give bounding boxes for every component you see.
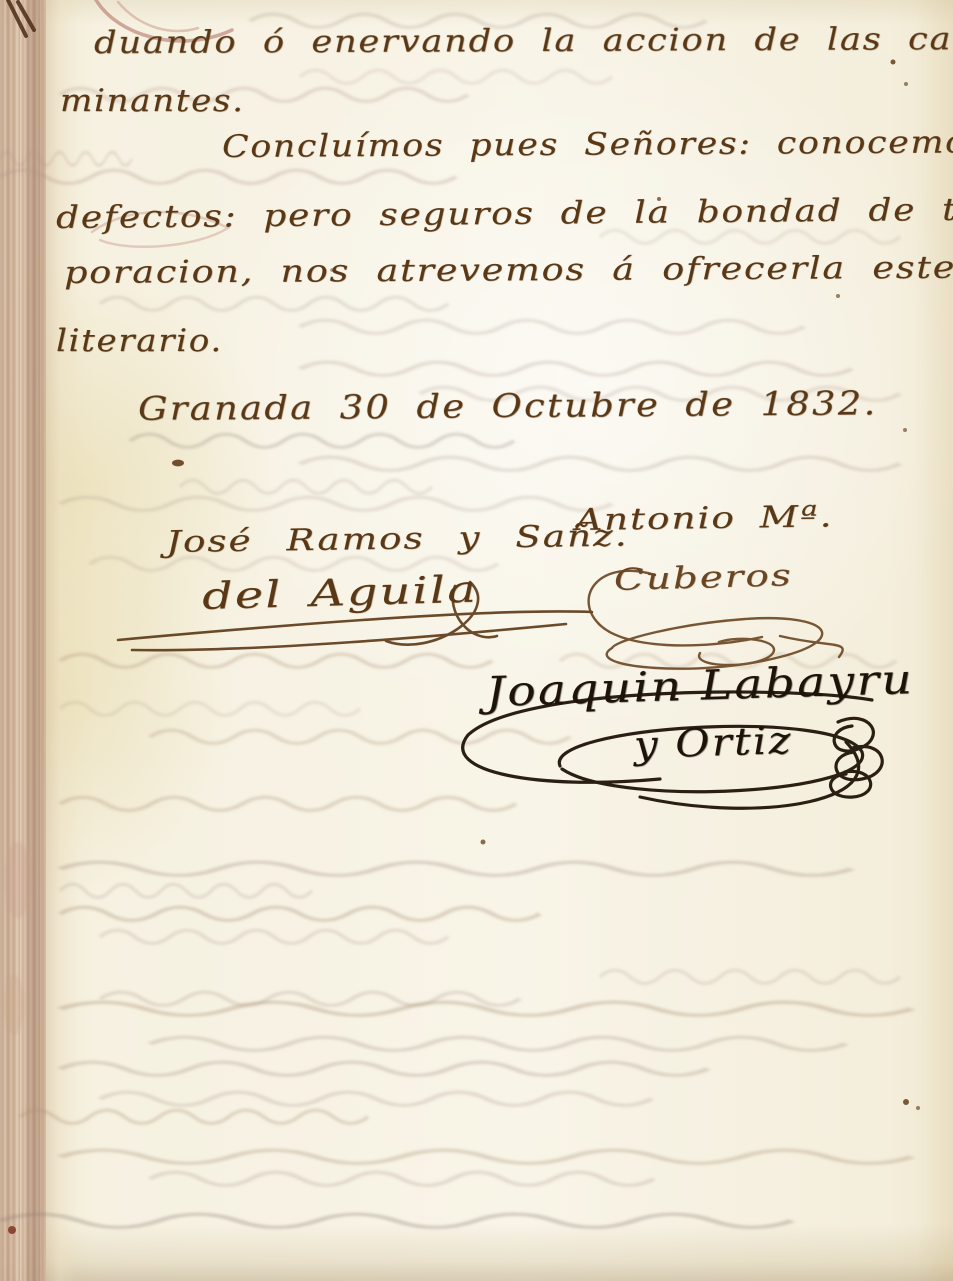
ghost-line bbox=[0, 152, 132, 165]
ghost-line bbox=[130, 434, 514, 447]
ghost-line bbox=[300, 70, 612, 83]
ghost-line bbox=[60, 797, 516, 810]
ghost-line bbox=[60, 907, 540, 920]
ghost-line bbox=[0, 170, 456, 183]
ghost-line bbox=[100, 297, 448, 310]
ghost-line bbox=[300, 320, 804, 333]
ghost-line bbox=[60, 654, 492, 667]
signature-del-aguila: del Aguila bbox=[201, 571, 478, 615]
manuscript-line: duando ó enervando la accion de las caus… bbox=[94, 23, 953, 59]
ghost-line bbox=[180, 480, 432, 493]
manuscript-line: poracion, nos atrevemos á ofrecerla este… bbox=[64, 252, 953, 289]
ghost-line bbox=[600, 230, 900, 243]
ghost-line bbox=[60, 884, 312, 897]
ghost-line bbox=[150, 1037, 846, 1050]
manuscript-line: minantes. bbox=[60, 86, 245, 117]
ghost-line bbox=[60, 1062, 708, 1075]
ghost-line bbox=[150, 730, 570, 743]
ghost-line bbox=[20, 1110, 368, 1123]
signature-y-ortiz: y Ortiz bbox=[633, 721, 793, 764]
signature-cuberos: Cuberos bbox=[613, 561, 793, 596]
ghost-line bbox=[60, 497, 612, 510]
dateline: Granada 30 de Octubre de 1832. bbox=[138, 386, 878, 425]
ghost-line bbox=[0, 1214, 792, 1227]
manuscript-page: duando ó enervando la accion de las caus… bbox=[0, 0, 953, 1281]
ink-flourishes-and-stains bbox=[0, 0, 953, 1281]
ghost-line bbox=[600, 970, 900, 983]
ghost-line bbox=[100, 930, 448, 943]
manuscript-line: defectos: pero seguros de la bondad de t… bbox=[56, 192, 953, 234]
ghost-line bbox=[300, 362, 852, 375]
ghost-line bbox=[60, 1150, 912, 1163]
ghost-line bbox=[60, 862, 852, 875]
ghost-line bbox=[300, 457, 900, 470]
manuscript-line: Concluímos pues Señores: conocemos nuest… bbox=[222, 126, 953, 163]
ghost-line bbox=[150, 1172, 654, 1185]
manuscript-line: literario. bbox=[56, 326, 223, 357]
signature-jose-ramos: José Ramos y Sañz. bbox=[166, 522, 629, 558]
signature-joaquin-labayru: Joaquin Labayru bbox=[485, 659, 915, 713]
ghost-line bbox=[60, 702, 360, 715]
ghost-line bbox=[100, 1092, 652, 1105]
